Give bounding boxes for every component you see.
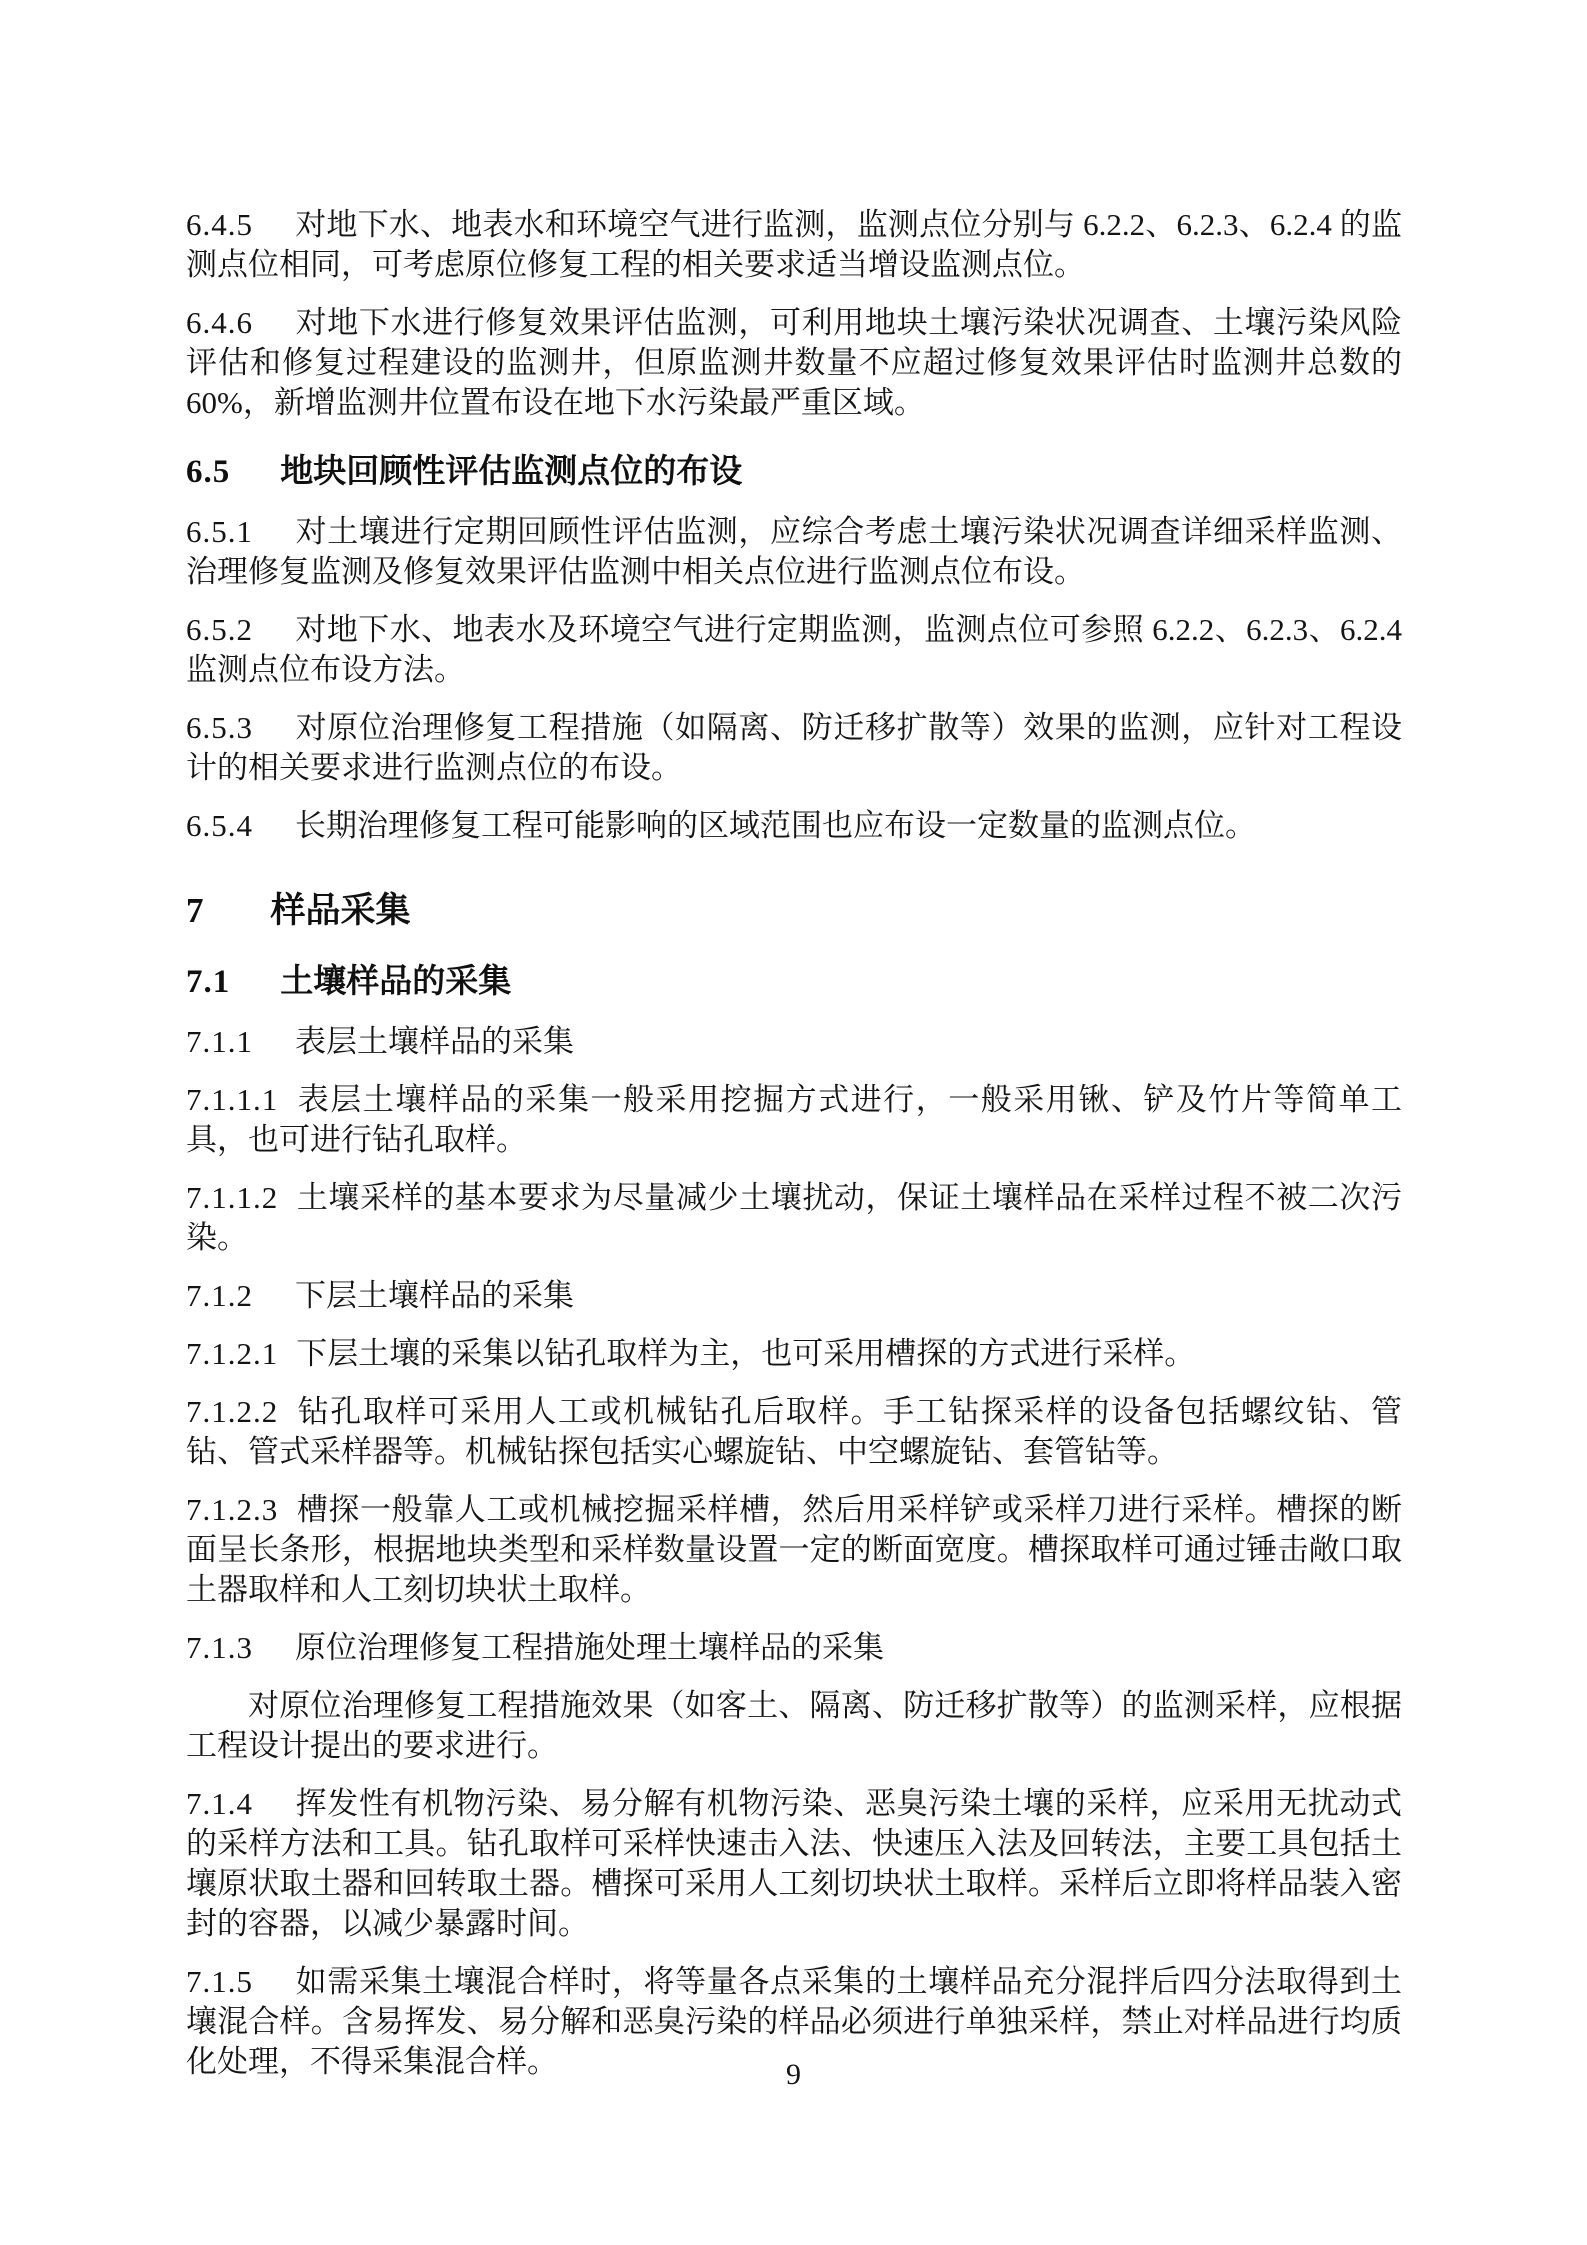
clause-number: 7.1.5 (186, 1964, 253, 1999)
clause-6-5-3: 6.5.3对原位治理修复工程措施（如隔离、防迁移扩散等）效果的监测，应针对工程设… (186, 708, 1402, 788)
clause-number: 7.1.2 (186, 1278, 253, 1313)
clause-6-4-6: 6.4.6对地下水进行修复效果评估监测，可利用地块土壤污染状况调查、土壤污染风险… (186, 303, 1402, 423)
clause-number: 6.5.1 (186, 514, 253, 549)
clause-7-1-2-2: 7.1.2.2钻孔取样可采用人工或机械钻孔后取样。手工钻探采样的设备包括螺纹钻、… (186, 1392, 1402, 1472)
clause-text: 下层土壤样品的采集 (295, 1278, 574, 1313)
heading-text: 土壤样品的采集 (280, 962, 511, 999)
chapter-heading-7: 7样品采集 (186, 889, 1402, 933)
clause-number: 6.5.4 (186, 808, 253, 843)
heading-text: 地块回顾性评估监测点位的布设 (280, 452, 742, 489)
heading-text: 样品采集 (271, 891, 411, 930)
clause-7-1-2-3: 7.1.2.3槽探一般靠人工或机械挖掘采样槽，然后用采样铲或采样刀进行采样。槽探… (186, 1490, 1402, 1610)
clause-text: 对地下水进行修复效果评估监测，可利用地块土壤污染状况调查、土壤污染风险评估和修复… (186, 305, 1402, 420)
clause-text: 表层土壤样品的采集一般采用挖掘方式进行，一般采用锹、铲及竹片等简单工具，也可进行… (186, 1082, 1402, 1157)
clause-text: 原位治理修复工程措施处理土壤样品的采集 (295, 1630, 884, 1665)
clause-text: 对地下水、地表水及环境空气进行定期监测，监测点位可参照 6.2.2、6.2.3、… (186, 612, 1402, 687)
clause-7-1-3-body: 对原位治理修复工程措施效果（如客土、隔离、防迁移扩散等）的监测采样，应根据工程设… (186, 1686, 1402, 1766)
clause-text: 对原位治理修复工程措施效果（如客土、隔离、防迁移扩散等）的监测采样，应根据工程设… (186, 1688, 1402, 1763)
clause-text: 槽探一般靠人工或机械挖掘采样槽，然后用采样铲或采样刀进行采样。槽探的断面呈长条形… (186, 1492, 1402, 1607)
clause-text: 对地下水、地表水和环境空气进行监测，监测点位分别与 6.2.2、6.2.3、6.… (186, 207, 1402, 282)
clause-number: 7.1.1.2 (186, 1180, 278, 1215)
clause-number: 7.1.2.2 (186, 1394, 278, 1429)
clause-number: 7.1.2.3 (186, 1492, 278, 1527)
clause-7-1-1: 7.1.1表层土壤样品的采集 (186, 1022, 1402, 1062)
heading-number: 7.1 (186, 964, 230, 1000)
clause-text: 对原位治理修复工程措施（如隔离、防迁移扩散等）效果的监测，应针对工程设计的相关要… (186, 710, 1402, 785)
clause-number: 7.1.1 (186, 1024, 253, 1059)
clause-number: 7.1.3 (186, 1630, 253, 1665)
heading-number: 7 (186, 891, 205, 930)
clause-7-1-3: 7.1.3原位治理修复工程措施处理土壤样品的采集 (186, 1628, 1402, 1668)
clause-text: 长期治理修复工程可能影响的区域范围也应布设一定数量的监测点位。 (295, 808, 1256, 843)
clause-text: 钻孔取样可采用人工或机械钻孔后取样。手工钻探采样的设备包括螺纹钻、管钻、管式采样… (186, 1394, 1402, 1469)
clause-number: 7.1.2.1 (186, 1336, 278, 1371)
document-page: 6.4.5对地下水、地表水和环境空气进行监测，监测点位分别与 6.2.2、6.2… (0, 0, 1587, 2245)
clause-number: 6.5.2 (186, 612, 253, 647)
clause-number: 7.1.4 (186, 1786, 253, 1821)
page-number: 9 (0, 2058, 1587, 2092)
clause-6-5-1: 6.5.1对土壤进行定期回顾性评估监测，应综合考虑土壤污染状况调查详细采样监测、… (186, 512, 1402, 592)
clause-7-1-1-2: 7.1.1.2土壤采样的基本要求为尽量减少土壤扰动，保证土壤样品在采样过程不被二… (186, 1178, 1402, 1258)
page-content: 6.4.5对地下水、地表水和环境空气进行监测，监测点位分别与 6.2.2、6.2… (186, 205, 1402, 2082)
clause-6-5-4: 6.5.4长期治理修复工程可能影响的区域范围也应布设一定数量的监测点位。 (186, 806, 1402, 846)
clause-number: 6.5.3 (186, 710, 253, 745)
clause-number: 7.1.1.1 (186, 1082, 278, 1117)
clause-6-5-2: 6.5.2对地下水、地表水及环境空气进行定期监测，监测点位可参照 6.2.2、6… (186, 610, 1402, 690)
clause-7-1-2: 7.1.2下层土壤样品的采集 (186, 1276, 1402, 1316)
clause-text: 下层土壤的采集以钻孔取样为主，也可采用槽探的方式进行采样。 (296, 1336, 1195, 1371)
clause-text: 土壤采样的基本要求为尽量减少土壤扰动，保证土壤样品在采样过程不被二次污染。 (186, 1180, 1402, 1255)
clause-text: 挥发性有机物污染、易分解有机物污染、恶臭污染土壤的采样，应采用无扰动式的采样方法… (186, 1786, 1402, 1941)
clause-7-1-1-1: 7.1.1.1表层土壤样品的采集一般采用挖掘方式进行，一般采用锹、铲及竹片等简单… (186, 1080, 1402, 1160)
heading-7-1: 7.1土壤样品的采集 (186, 959, 1402, 1004)
heading-number: 6.5 (186, 454, 230, 490)
clause-7-1-2-1: 7.1.2.1下层土壤的采集以钻孔取样为主，也可采用槽探的方式进行采样。 (186, 1334, 1402, 1374)
clause-6-4-5: 6.4.5对地下水、地表水和环境空气进行监测，监测点位分别与 6.2.2、6.2… (186, 205, 1402, 285)
clause-text: 表层土壤样品的采集 (295, 1024, 574, 1059)
heading-6-5: 6.5地块回顾性评估监测点位的布设 (186, 449, 1402, 494)
clause-number: 6.4.6 (186, 305, 253, 340)
clause-text: 对土壤进行定期回顾性评估监测，应综合考虑土壤污染状况调查详细采样监测、治理修复监… (186, 514, 1402, 589)
clause-number: 6.4.5 (186, 207, 253, 242)
clause-7-1-4: 7.1.4挥发性有机物污染、易分解有机物污染、恶臭污染土壤的采样，应采用无扰动式… (186, 1784, 1402, 1944)
